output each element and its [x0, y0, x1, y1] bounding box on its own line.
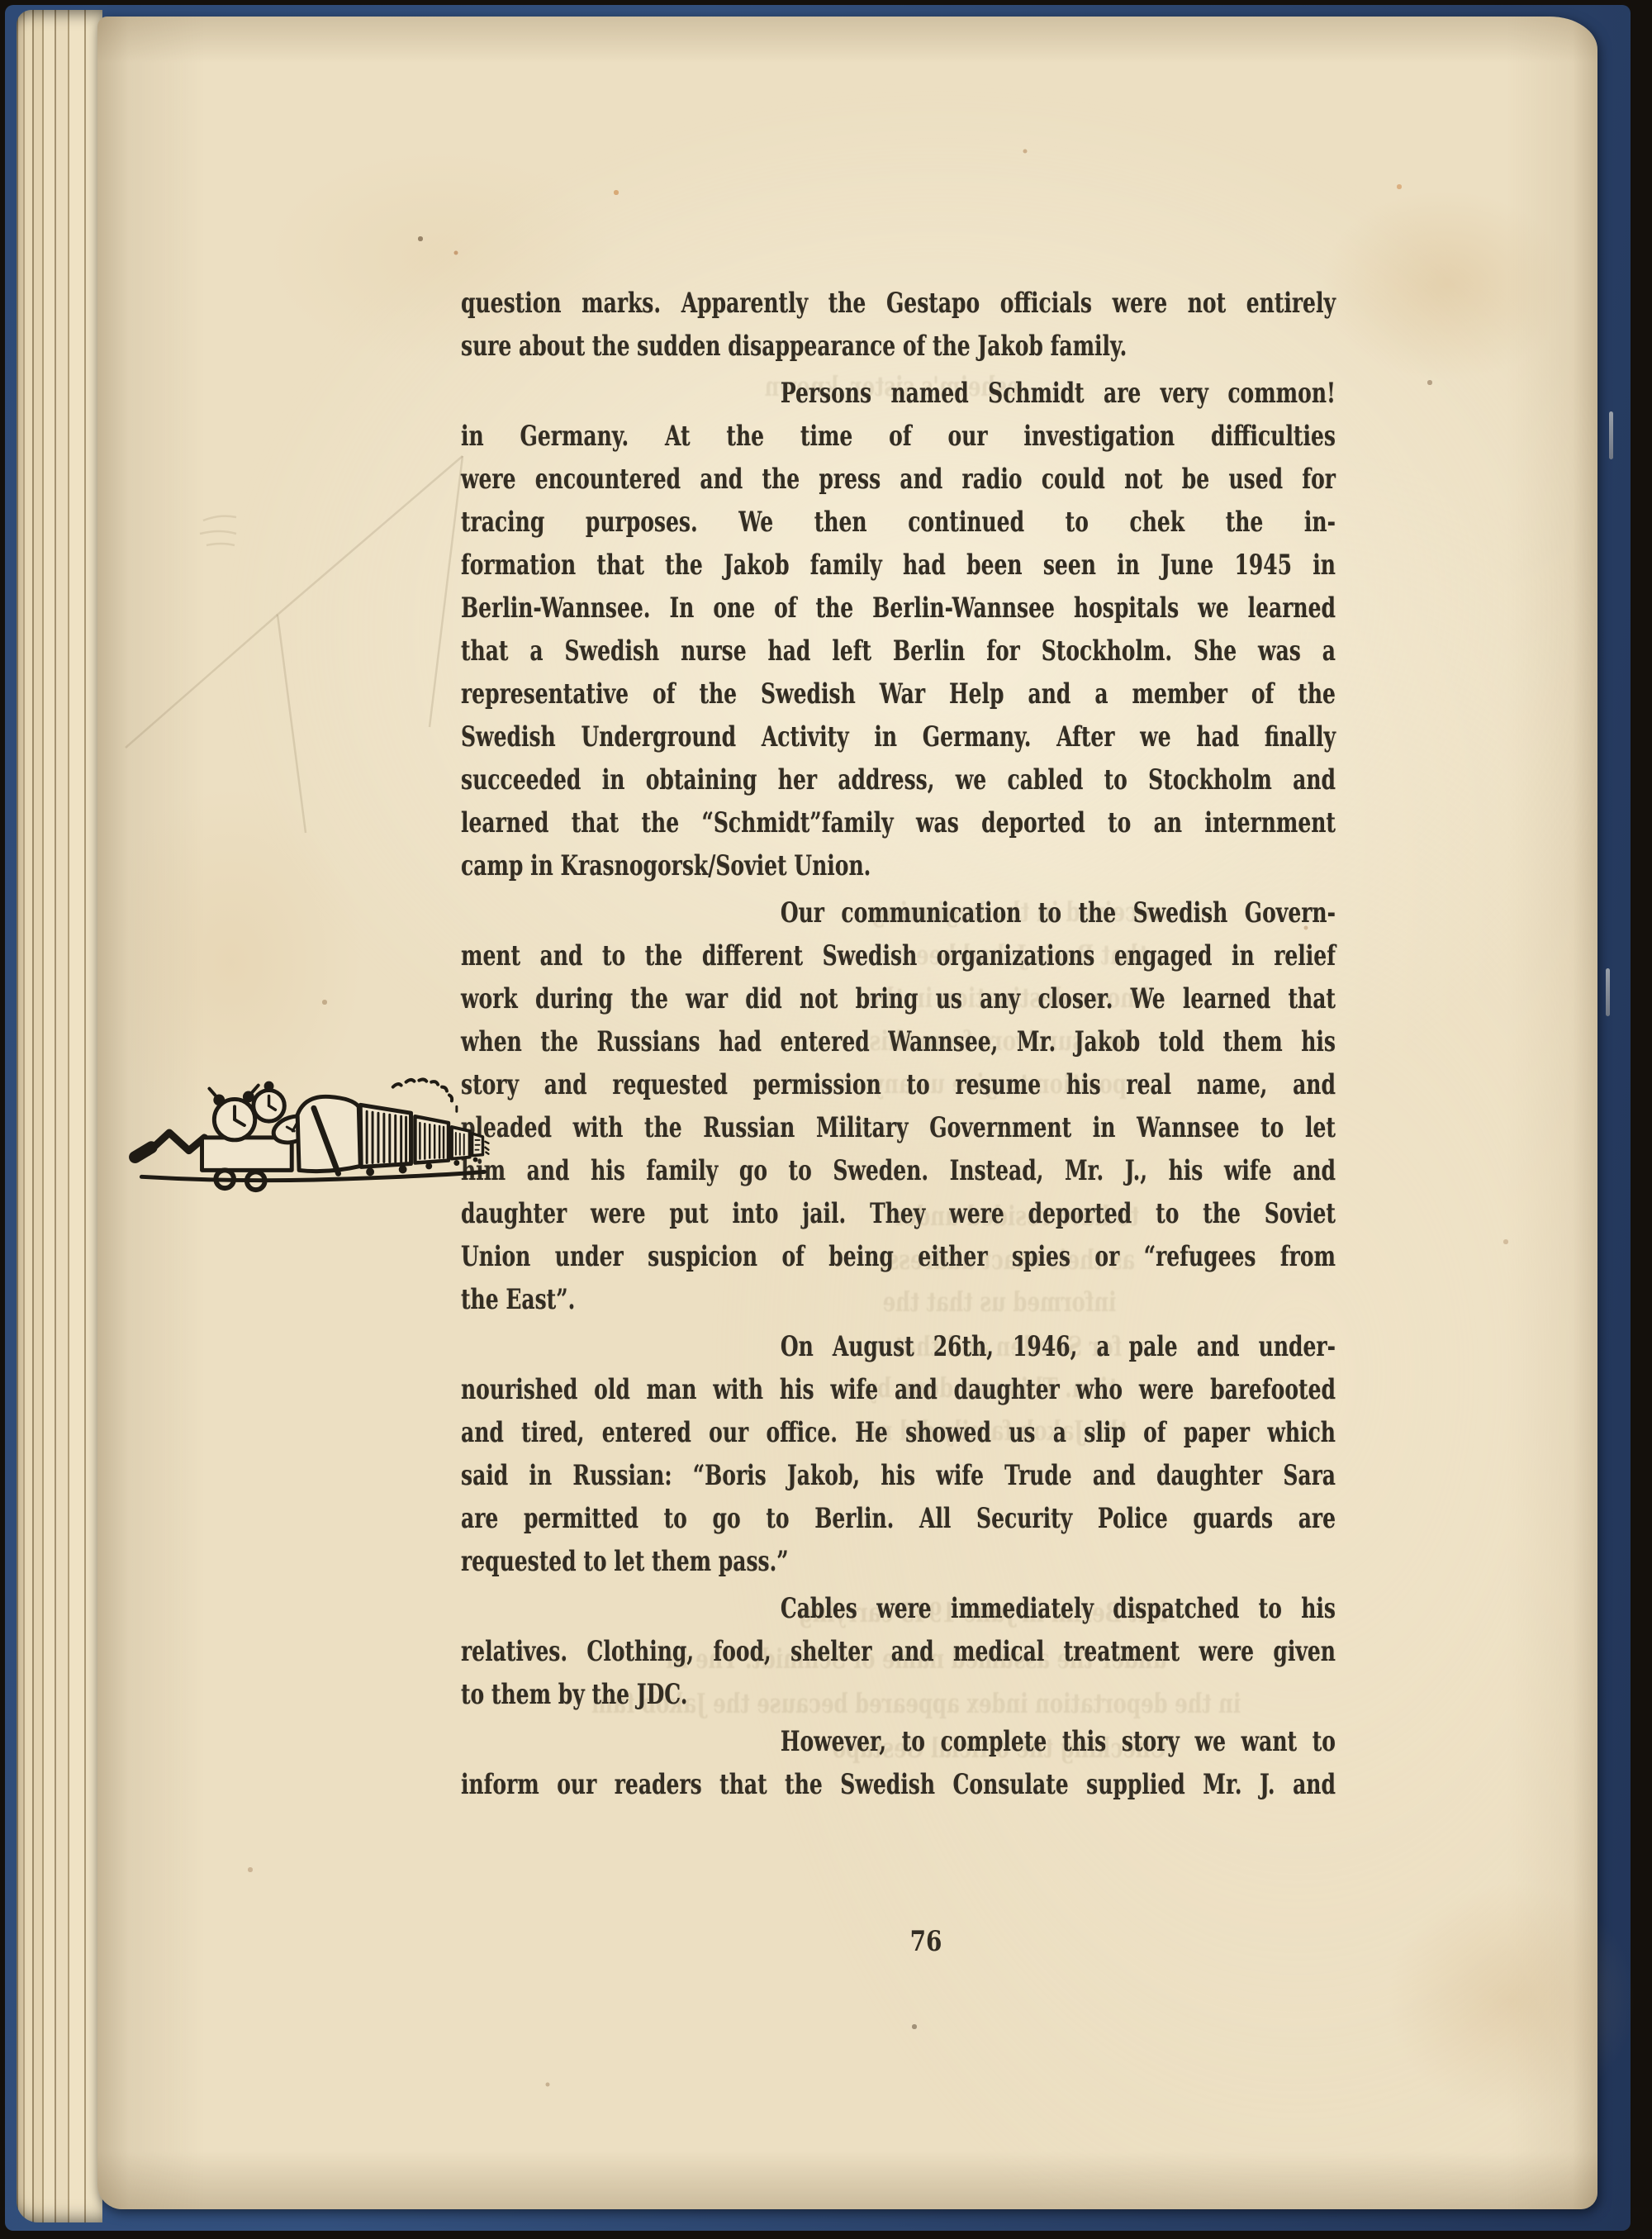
text-line: daughter were put into jail. They were d… [461, 1192, 1336, 1235]
text-line: are permitted to go to Berlin. All Secur… [461, 1497, 1336, 1540]
text-line: formation that the Jakob family had been… [461, 544, 1336, 587]
staple-mark [1609, 411, 1613, 459]
text-line: ment and to the different Swedish organi… [461, 934, 1336, 977]
text-column: question marks. Apparently the Gestapo o… [461, 282, 1336, 1806]
text-line: when the Russians had entered Wannsee, M… [461, 1020, 1336, 1063]
text-line: learned that the “Schmidt”family was dep… [461, 801, 1336, 844]
text-line: Our communication to the Swedish Govern- [461, 891, 1336, 934]
text-line: the East”. [461, 1278, 1336, 1321]
text-line: said in Russian: “Boris Jakob, his wife … [461, 1454, 1336, 1497]
text-line: On August 26th, 1946, a pale and under- [461, 1325, 1336, 1368]
text-line: and tired, entered our office. He showed… [461, 1411, 1336, 1454]
text-line: to them by the JDC. [461, 1673, 1336, 1716]
text-line: that a Swedish nurse had left Berlin for… [461, 630, 1336, 673]
text-line: succeeded in obtaining her address, we c… [461, 758, 1336, 801]
text-line: Cables were immediately dispatched to hi… [461, 1587, 1336, 1630]
text-line: nourished old man with his wife and daug… [461, 1368, 1336, 1411]
text-line: pleaded with the Russian Military Govern… [461, 1106, 1336, 1149]
text-line: relatives. Clothing, food, shelter and m… [461, 1630, 1336, 1673]
text-line: However, to complete this story we want … [461, 1720, 1336, 1763]
text-line: tracing purposes. We then continued to c… [461, 501, 1336, 544]
text-line: were encountered and the press and radio… [461, 458, 1336, 501]
scanned-book-photo: { "page": { "number": "76", "lines": [ {… [0, 0, 1652, 2239]
text-line: Berlin-Wannsee. In one of the Berlin-Wan… [461, 587, 1336, 630]
text-line: Persons named Schmidt are very common! [461, 372, 1336, 415]
text-line: question marks. Apparently the Gestapo o… [461, 282, 1336, 325]
text-line: camp in Krasnogorsk/Soviet Union. [461, 844, 1336, 887]
text-line: him and his family go to Sweden. Instead… [461, 1149, 1336, 1192]
text-line: story and requested permission to resume… [461, 1063, 1336, 1106]
text-line: work during the war did not bring us any… [461, 977, 1336, 1020]
page-number: 76 [858, 1917, 994, 1966]
foxing-specks [0, 0, 2, 2]
text-line: Union under suspicion of being either sp… [461, 1235, 1336, 1278]
text-line: Swedish Underground Activity in Germany.… [461, 715, 1336, 758]
text-line: in Germany. At the time of our investiga… [461, 415, 1336, 458]
text-line: representative of the Swedish War Help a… [461, 673, 1336, 715]
page-edges-stack [17, 10, 102, 2222]
staple-mark [1606, 968, 1610, 1016]
text-line: sure about the sudden disappearance of t… [461, 325, 1336, 368]
text-line: requested to let them pass.” [461, 1540, 1336, 1583]
text-line: inform our readers that the Swedish Cons… [461, 1763, 1336, 1806]
